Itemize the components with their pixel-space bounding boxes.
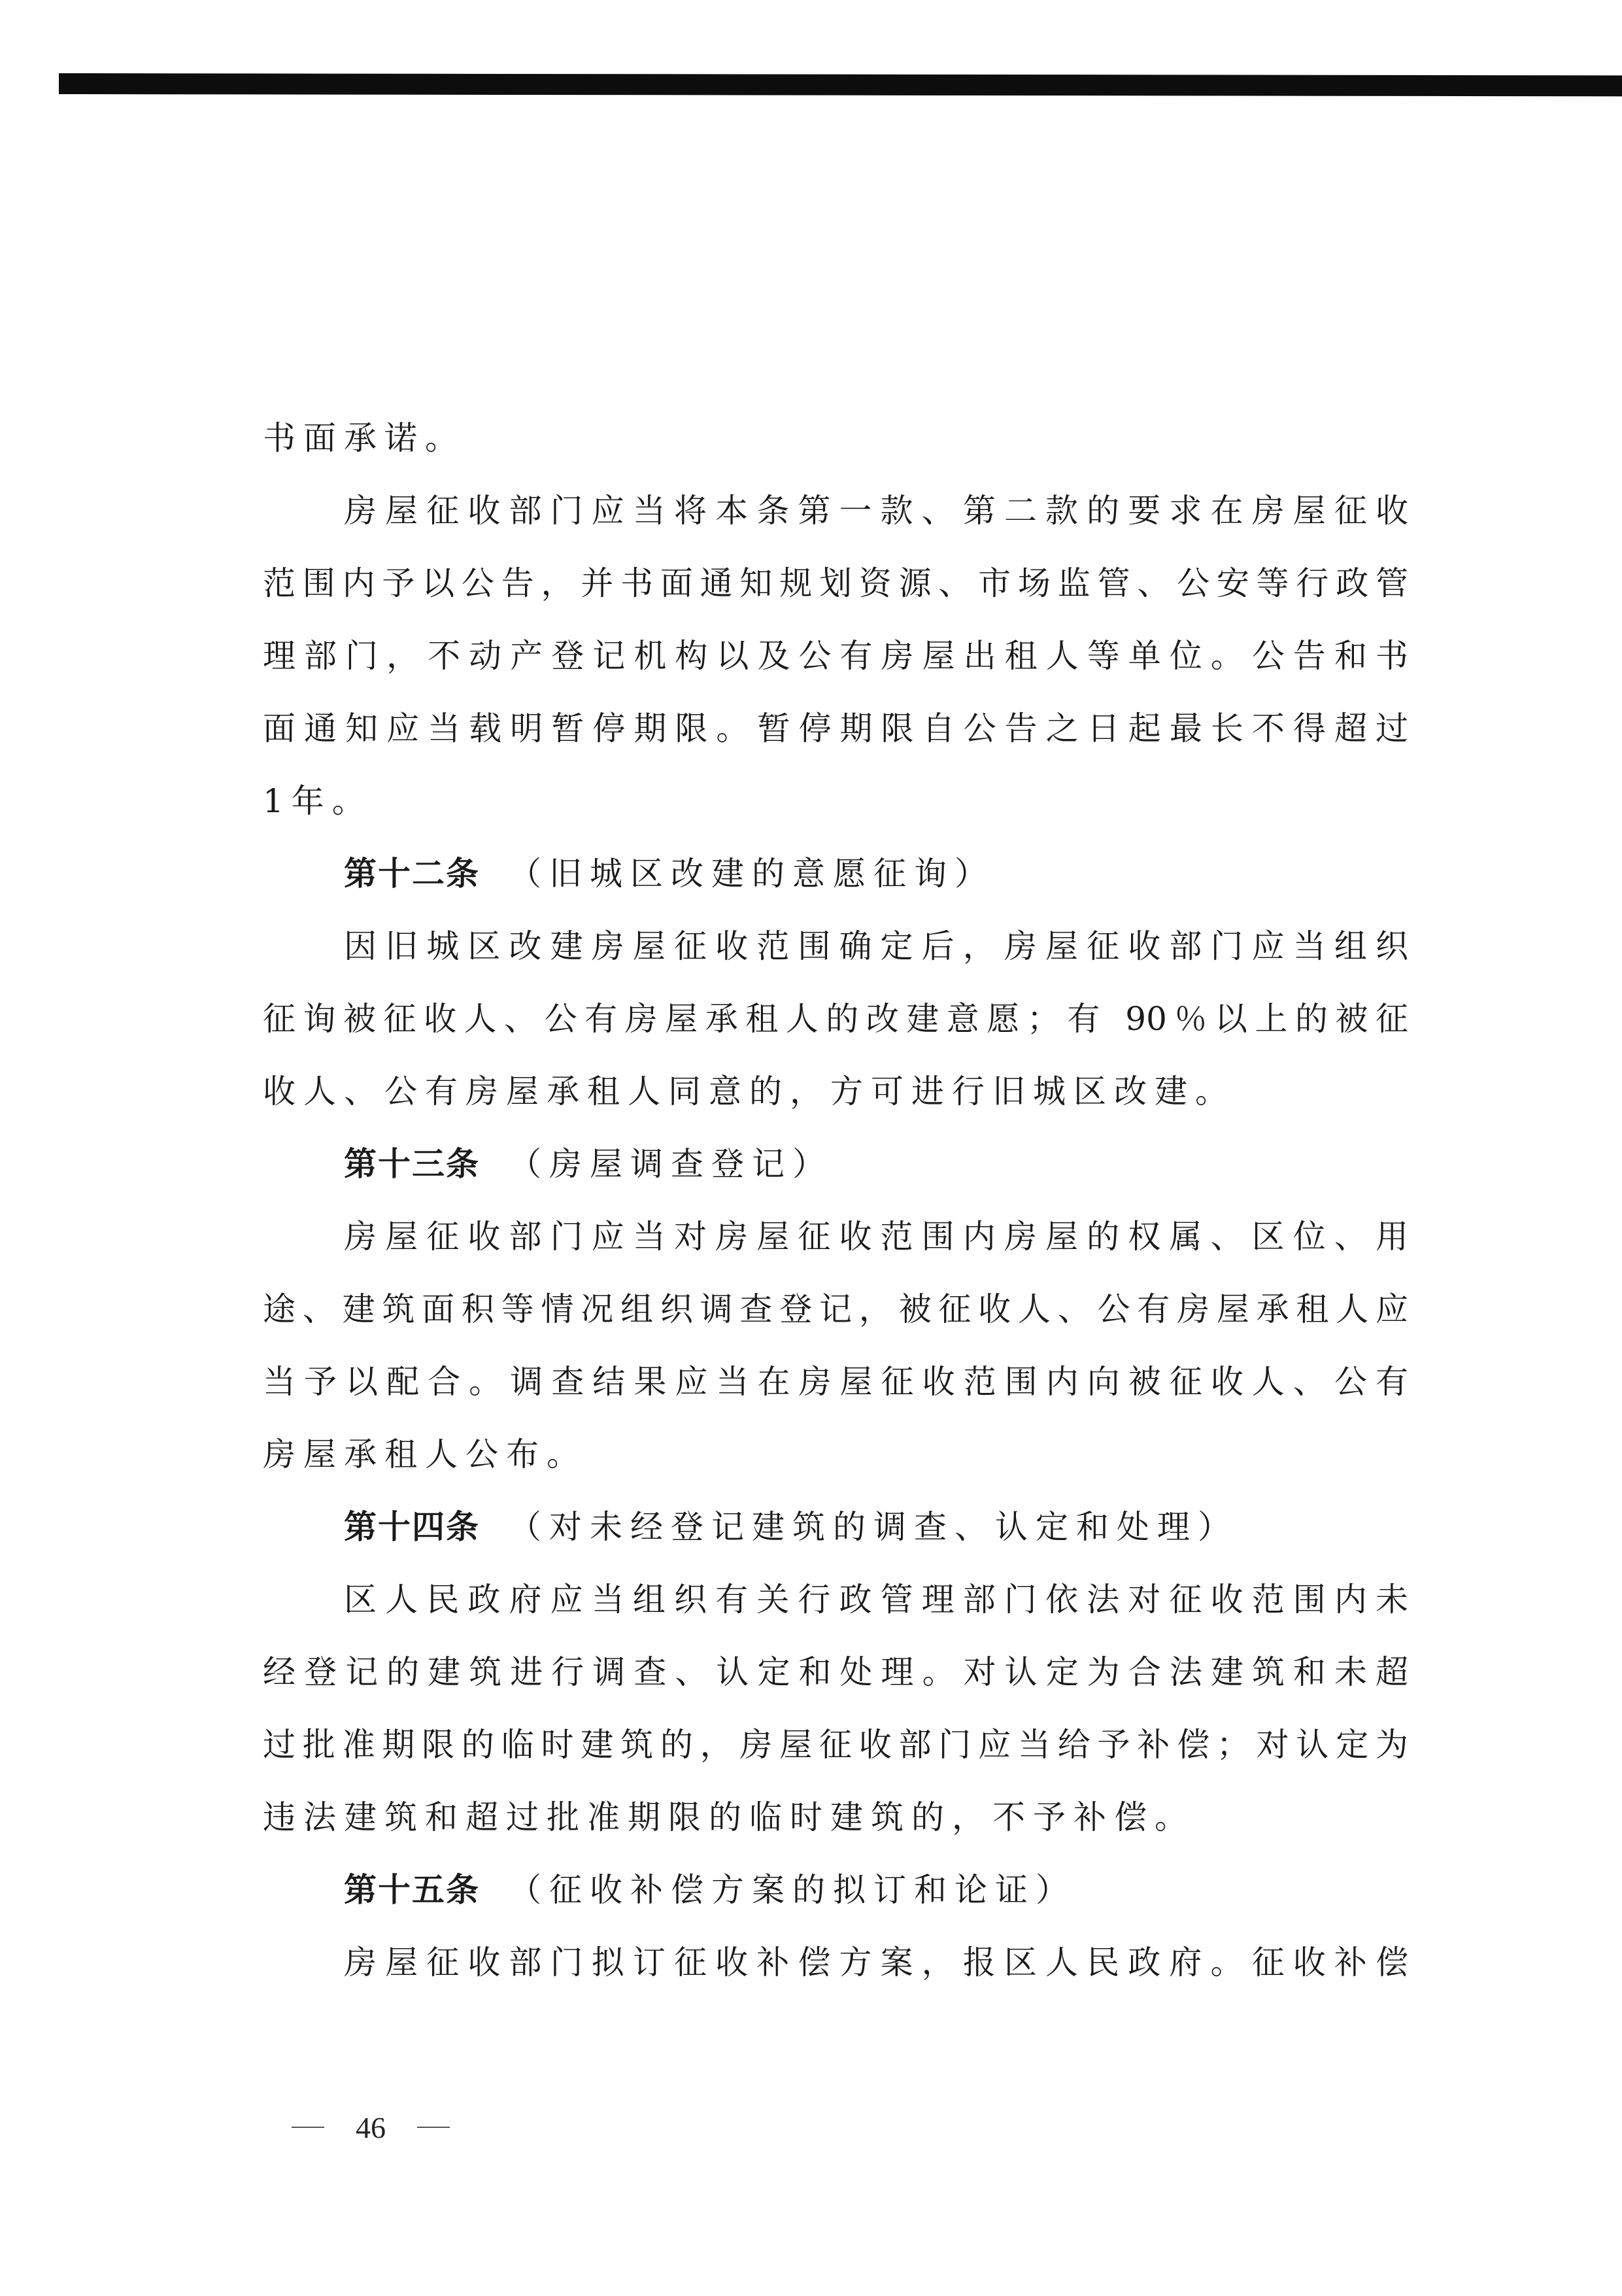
article-number: 第十三条 — [344, 1145, 480, 1183]
footer-dash-right — [417, 2127, 450, 2128]
paragraph-line: 房屋征收部门应当对房屋征收范围内房屋的权属、区位、用 — [263, 1201, 1408, 1273]
article-heading-line: 第十四条（对未经登记建筑的调查、认定和处理） — [263, 1491, 1408, 1564]
paragraph-line: 因旧城区改建房屋征收范围确定后，房屋征收部门应当组织 — [263, 910, 1408, 983]
paragraph-line: 范围内予以公告，并书面通知规划资源、市场监管、公安等行政管 — [263, 547, 1408, 620]
paragraph-line: 理部门，不动产登记机构以及公有房屋出租人等单位。公告和书 — [263, 620, 1408, 693]
article-title: （对未经登记建筑的调查、认定和处理） — [509, 1508, 1238, 1546]
article-title: （房屋调查登记） — [509, 1145, 833, 1183]
article-title: （征收补偿方案的拟订和论证） — [509, 1871, 1076, 1909]
paragraph-line: 书面承诺。 — [263, 402, 1408, 475]
paragraph-line: 征询被征收人、公有房屋承租人的改建意愿；有 90％以上的被征 — [263, 983, 1408, 1055]
paragraph-line: 面通知应当载明暂停期限。暂停期限自公告之日起最长不得超过 — [263, 693, 1408, 765]
article-heading-line: 第十三条（房屋调查登记） — [263, 1128, 1408, 1201]
paragraph-line: 过批准期限的临时建筑的，房屋征收部门应当给予补偿；对认定为 — [263, 1709, 1408, 1781]
article-number: 第十四条 — [344, 1508, 480, 1546]
paragraph-line: 当予以配合。调查结果应当在房屋征收范围内向被征收人、公有 — [263, 1346, 1408, 1418]
paragraph-line: 途、建筑面积等情况组织调查登记，被征收人、公有房屋承租人应 — [263, 1273, 1408, 1346]
article-number: 第十二条 — [344, 855, 480, 893]
paragraph-line: 经登记的建筑进行调查、认定和处理。对认定为合法建筑和未超 — [263, 1636, 1408, 1709]
page-footer: 46 — [292, 2104, 450, 2150]
article-title: （旧城区改建的意愿征询） — [509, 855, 995, 893]
article-number: 第十五条 — [344, 1871, 480, 1909]
document-body: 书面承诺。房屋征收部门应当将本条第一款、第二款的要求在房屋征收范围内予以公告，并… — [263, 402, 1408, 1999]
paragraph-line: 收人、公有房屋承租人同意的，方可进行旧城区改建。 — [263, 1055, 1408, 1128]
footer-dash-left — [292, 2127, 324, 2128]
header-rule — [59, 73, 1622, 96]
page-number: 46 — [356, 2110, 386, 2145]
article-heading-line: 第十五条（征收补偿方案的拟订和论证） — [263, 1854, 1408, 1927]
paragraph-line: 房屋征收部门应当将本条第一款、第二款的要求在房屋征收 — [263, 475, 1408, 547]
article-heading-line: 第十二条（旧城区改建的意愿征询） — [263, 838, 1408, 910]
paragraph-line: 1年。 — [263, 765, 1408, 838]
paragraph-line: 房屋承租人公布。 — [263, 1418, 1408, 1491]
paragraph-line: 违法建筑和超过批准期限的临时建筑的，不予补偿。 — [263, 1781, 1408, 1854]
paragraph-line: 房屋征收部门拟订征收补偿方案，报区人民政府。征收补偿 — [263, 1927, 1408, 1999]
paragraph-line: 区人民政府应当组织有关行政管理部门依法对征收范围内未 — [263, 1564, 1408, 1636]
